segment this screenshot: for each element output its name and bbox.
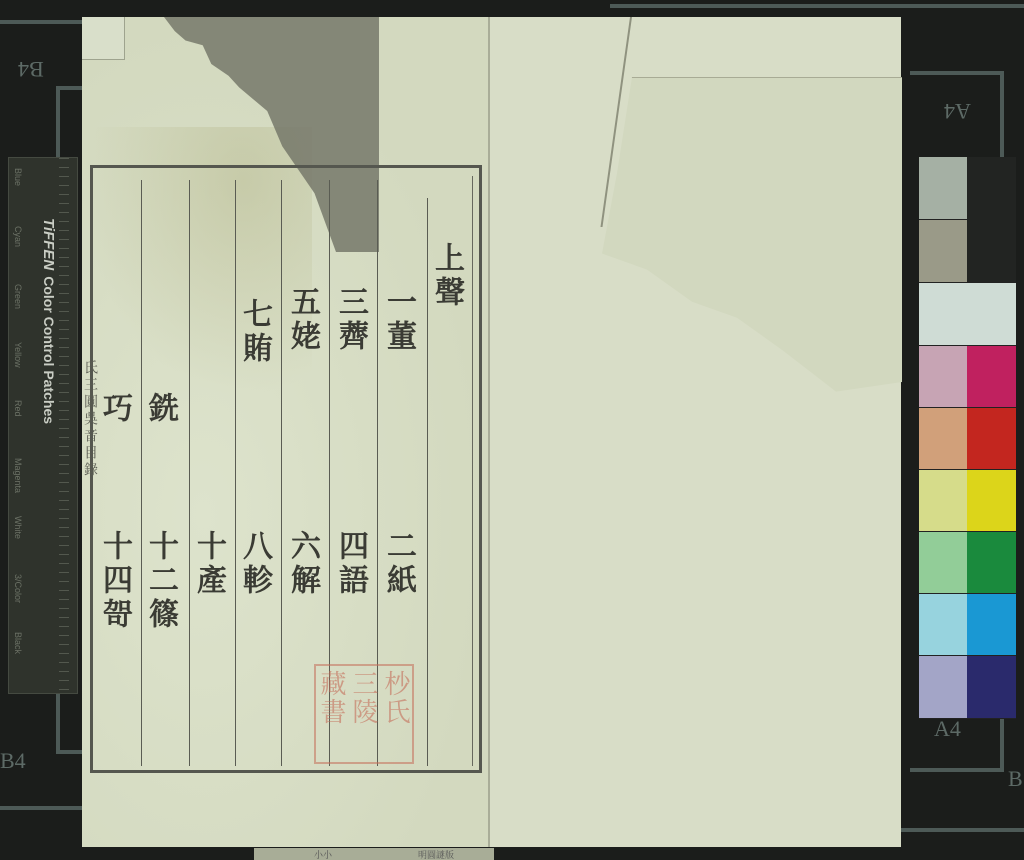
strip-text: 明圓謎版 (418, 848, 454, 860)
swatch-light-gray (919, 157, 967, 220)
paper-repair-patch (602, 77, 902, 398)
rhyme-entry: 五姥 (287, 286, 317, 354)
sheet-size-label: B4 (0, 748, 26, 774)
rhyme-entry: 十四哿 (99, 530, 129, 632)
ruler-label: Black (13, 632, 23, 690)
color-calibration-chart (919, 157, 1016, 719)
ruler-label: Magenta (13, 458, 23, 516)
ruler-title: Color Control Patches (41, 276, 57, 424)
sheet-size-label: B (1008, 766, 1023, 792)
column-rule (189, 180, 190, 766)
column-rule (141, 180, 142, 766)
margin-title: 氏三圓吳音目錄 (80, 360, 100, 479)
rhyme-entry: 四語 (335, 530, 365, 598)
swatch-red (967, 408, 1016, 470)
ruler-label: White (13, 516, 23, 574)
section-heading: 上聲 (431, 242, 461, 310)
swatch-pale-cyan (919, 594, 967, 656)
rhyme-entry: 十產 (193, 530, 223, 598)
swatch-navy (967, 656, 1016, 719)
swatch-lavender (919, 656, 967, 719)
guide-line (610, 4, 1024, 8)
swatch-pale-green (919, 532, 967, 594)
seal-text: 藏書 (318, 670, 344, 726)
guide-line (0, 806, 82, 810)
frame-inner-border (93, 176, 473, 766)
swatch-black (967, 157, 1016, 283)
sheet-size-label: A4 (934, 716, 961, 742)
rhyme-entry: 三薺 (335, 286, 365, 354)
ruler-label: Yellow (13, 342, 23, 400)
brand-logo: TiFFEN (40, 218, 57, 270)
ruler-label: Red (13, 400, 23, 458)
ruler-label: Blue (13, 168, 23, 226)
column-rule (235, 180, 236, 766)
strip-text: 小小 (314, 848, 332, 860)
swatch-pink (919, 346, 967, 408)
rhyme-entry: 巧 (99, 392, 129, 426)
swatch-magenta (967, 346, 1016, 408)
column-rule (427, 198, 428, 766)
ruler-label: Cyan (13, 226, 23, 284)
sheet-size-label: A4 (944, 98, 971, 124)
collector-seal: 杪氏 三陵 藏書 (314, 664, 414, 764)
column-rule (281, 180, 282, 766)
rhyme-entry: 八軫 (239, 530, 269, 598)
seal-text: 三陵 (350, 670, 376, 726)
rhyme-entry: 十二篠 (145, 530, 175, 632)
ruler-ticks (59, 158, 69, 693)
rhyme-entry: 銑 (145, 392, 175, 426)
guide-line (0, 20, 82, 24)
swatch-white (919, 283, 1016, 346)
swatch-yellow (967, 470, 1016, 532)
ruler-label: 3/Color (13, 574, 23, 632)
sheet-size-label: B4 (18, 56, 44, 82)
rhyme-entry: 六解 (287, 530, 317, 598)
swatch-tan (919, 408, 967, 470)
swatch-pale-yellow (919, 470, 967, 532)
swatch-mid-gray (919, 220, 967, 283)
rhyme-entry: 二紙 (383, 530, 413, 598)
color-control-ruler: BlueCyanGreenYellowRedMagentaWhite3/Colo… (8, 157, 78, 694)
bottom-label-strip: 小小 明圓謎版 (254, 848, 494, 860)
folded-corner (82, 17, 125, 60)
ruler-brand: TiFFENColor Control Patches (40, 218, 57, 424)
right-page (488, 17, 901, 847)
rhyme-entry: 一董 (383, 286, 413, 354)
rhyme-entry: 七賄 (239, 298, 269, 366)
guide-line (900, 828, 1024, 832)
ruler-label: Green (13, 284, 23, 342)
swatch-cyan (967, 594, 1016, 656)
seal-text: 杪氏 (382, 670, 408, 726)
ruler-color-labels: BlueCyanGreenYellowRedMagentaWhite3/Colo… (13, 168, 23, 690)
printed-frame: 上聲 一董 二紙 三薺 四語 五姥 六解 七賄 八軫 十產 銑 十二篠 巧 十四… (90, 165, 482, 773)
swatch-green (967, 532, 1016, 594)
